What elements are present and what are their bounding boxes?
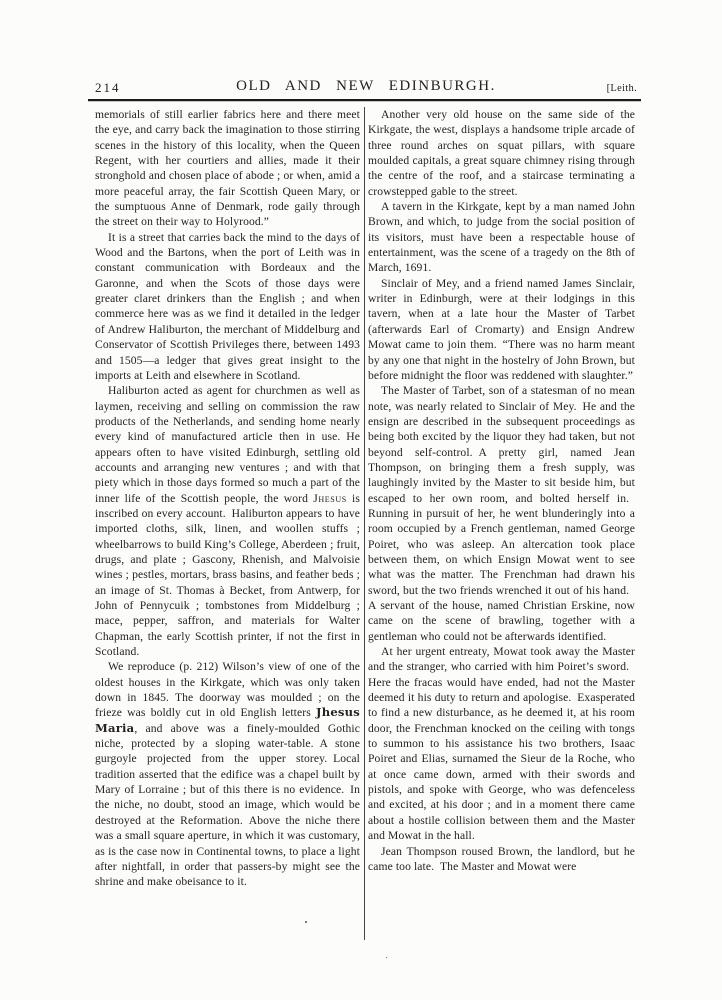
scan-speck: [305, 921, 307, 923]
book-page: 214 OLD AND NEW EDINBURGH. [Leith. memor…: [0, 0, 722, 1000]
paragraph: memorials of still earlier fabrics here …: [95, 107, 360, 230]
text-run: The Master of Tarbet, son of a statesman…: [368, 384, 635, 643]
text-run: , and above was a finely-moulded Gothic …: [95, 722, 360, 888]
paragraph: A tavern in the Kirkgate, kept by a man …: [368, 199, 635, 276]
scan-speck: [386, 957, 387, 958]
page-header: 214 OLD AND NEW EDINBURGH. [Leith.: [95, 78, 637, 96]
paragraph: It is a street that carries back the min…: [95, 230, 360, 383]
text-run: Sinclair of Mey, and a friend named Jame…: [368, 277, 635, 382]
text-run: Jean Thompson roused Brown, the landlord…: [368, 845, 635, 873]
text-run: A tavern in the Kirkgate, kept by a man …: [368, 200, 635, 274]
text-run: At her urgent entreaty, Mowat took away …: [368, 645, 635, 842]
paragraph: Another very old house on the same side …: [368, 107, 635, 199]
section-folio: [Leith.: [607, 83, 637, 94]
paragraph: We reproduce (p. 212) Wilson’s view of o…: [95, 659, 360, 889]
text-run: Haliburton acted as agent for churchmen …: [95, 384, 360, 504]
smallcaps-text: Jhesus: [313, 492, 346, 505]
text-run: It is a street that carries back the min…: [95, 231, 360, 382]
left-column: memorials of still earlier fabrics here …: [95, 107, 360, 890]
header-rule: [88, 99, 641, 101]
text-columns: memorials of still earlier fabrics here …: [95, 107, 636, 940]
running-title: OLD AND NEW EDINBURGH.: [95, 78, 637, 95]
paragraph: At her urgent entreaty, Mowat took away …: [368, 644, 635, 843]
column-divider: [364, 107, 365, 940]
paragraph: Sinclair of Mey, and a friend named Jame…: [368, 276, 635, 383]
right-column: Another very old house on the same side …: [368, 107, 635, 874]
paragraph: Jean Thompson roused Brown, the landlord…: [368, 844, 635, 875]
paragraph: Haliburton acted as agent for churchmen …: [95, 383, 360, 659]
text-run: is inscribed on every account. Haliburto…: [95, 492, 360, 658]
text-run: memorials of still earlier fabrics here …: [95, 108, 360, 228]
text-run: Another very old house on the same side …: [368, 108, 635, 198]
paragraph: The Master of Tarbet, son of a statesman…: [368, 383, 635, 644]
